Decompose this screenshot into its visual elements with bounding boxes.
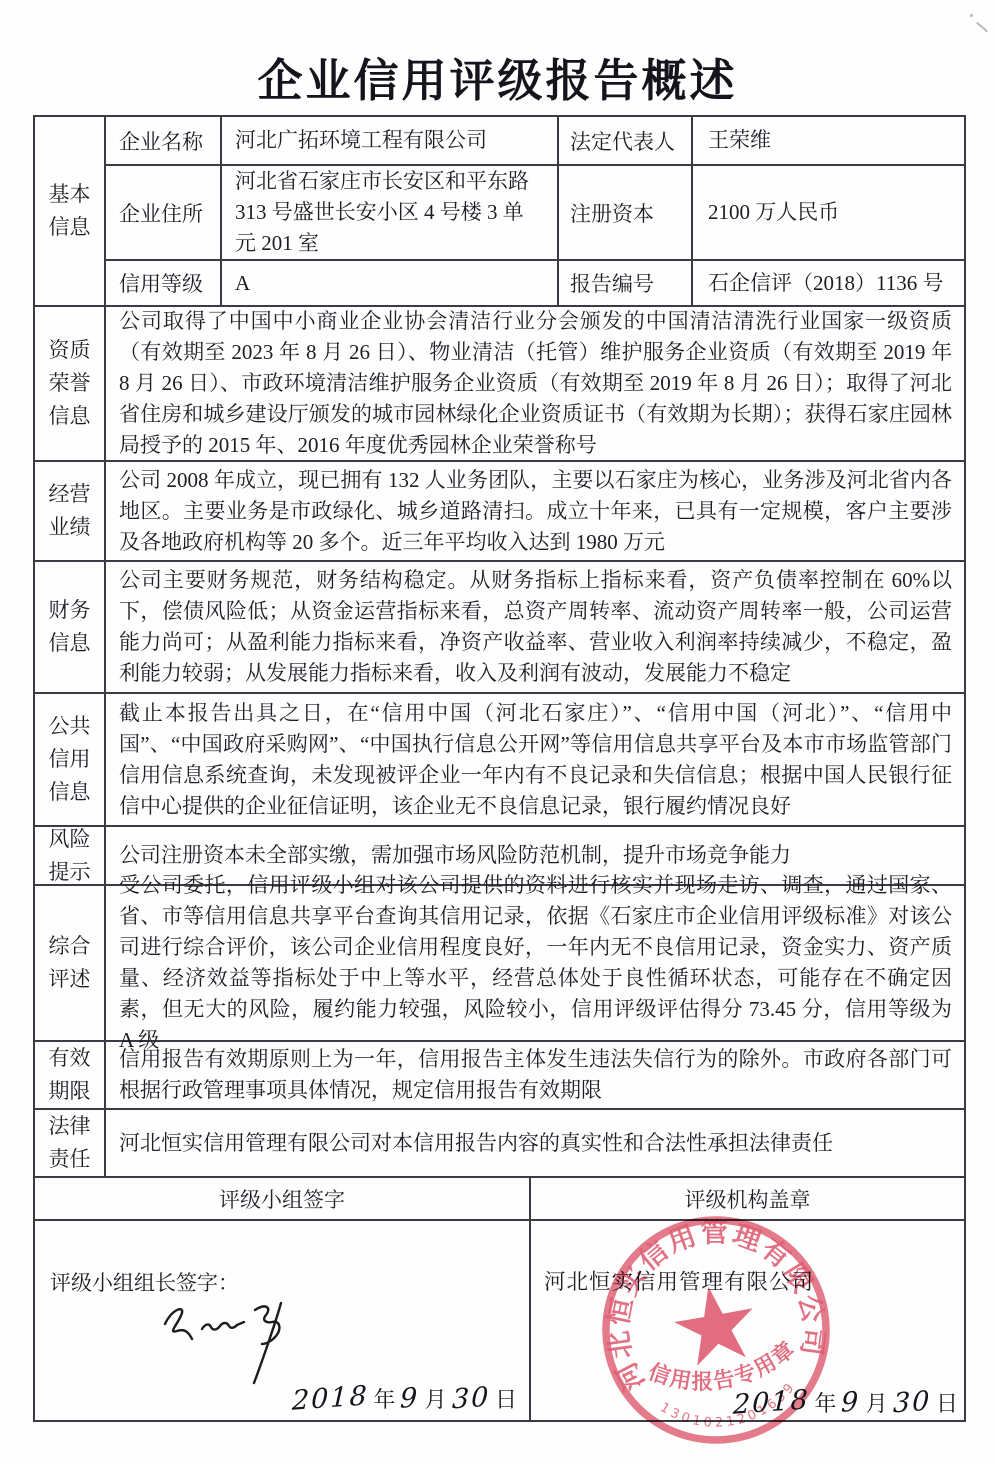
agency-seal-cell: 河北恒实信用管理有限公司 河北恒实信用管理有限公司 信用报 [531,1221,964,1420]
section-label: 资质荣誉信息 [35,307,106,460]
field-label-company-name: 企业名称 [106,117,222,164]
section-public-credit-info: 公共信用信息 截止本报告出具之日，在“信用中国（河北石家庄）”、“信用中国（河北… [35,692,964,825]
date-day: 30 [892,1386,931,1420]
section-basic-info: 基本信息 企业名称 河北广拓环境工程有限公司 法定代表人 王荣维 企业住所 河北… [35,117,964,305]
field-label-credit-grade: 信用等级 [106,261,222,305]
section-financial-info: 财务信息 公司主要财务规范，财务结构稳定。从财务指标上指标来看，资产负债率控制在… [35,560,964,692]
section-text: 截止本报告出具之日，在“信用中国（河北石家庄）”、“信用中国（河北）”、“信用中… [106,694,964,825]
date-day: 30 [451,1382,490,1416]
section-text: 受公司委托，信用评级小组对该公司提供的资料进行核实并现场走访、调查，通过国家、省… [106,886,964,1040]
section-legal-responsibility: 法律责任 河北恒实信用管理有限公司对本信用报告内容的真实性和合法性承担法律责任 [35,1108,964,1176]
seal-date: 2018年9月30日 [730,1387,960,1418]
month-label: 月 [425,1383,447,1414]
signature-date: 2018年9月30日 [289,1383,519,1414]
scanned-credit-report-page: 企业信用评级报告概述 基本信息 企业名称 河北广拓环境工程有限公司 法定代表人 … [0,0,995,1464]
year-label: 年 [373,1383,395,1414]
field-label-legal-rep: 法定代表人 [559,117,693,164]
section-label-basic: 基本信息 [35,117,106,305]
date-month: 9 [400,1382,420,1414]
section-text: 信用报告有效期原则上为一年，信用报告主体发生违法失信行为的除外。市政府各部门可根… [106,1042,964,1108]
field-value-legal-rep: 王荣维 [693,117,964,164]
report-table: 基本信息 企业名称 河北广拓环境工程有限公司 法定代表人 王荣维 企业住所 河北… [33,115,966,1422]
date-year: 2018 [291,1380,369,1417]
section-validity-period: 有效期限 信用报告有效期原则上为一年，信用报告主体发生违法失信行为的除外。市政府… [35,1040,964,1108]
section-text: 公司 2008 年成立，现已拥有 132 人业务团队，主要以石家庄为核心，业务涉… [106,462,964,560]
section-label: 风险提示 [35,827,106,884]
section-text: 公司主要财务规范，财务结构稳定。从财务指标上指标来看，资产负债率控制在 60%以… [106,562,964,692]
table-row: 信用等级 A 报告编号 石企信评（2018）1136 号 [106,259,964,305]
day-label: 日 [495,1383,517,1414]
star-icon [669,1280,761,1369]
section-text: 河北恒实信用管理有限公司对本信用报告内容的真实性和合法性承担法律责任 [106,1110,964,1176]
day-label: 日 [936,1387,958,1418]
section-label: 综合评述 [35,886,106,1040]
field-value-address: 河北省石家庄市长安区和平东路 313 号盛世长安小区 4 号楼 3 单元 201… [222,166,559,259]
field-label-report-number: 报告编号 [559,261,693,305]
section-business-performance: 经营业绩 公司 2008 年成立，现已拥有 132 人业务团队，主要以石家庄为核… [35,460,964,560]
field-value-registered-capital: 2100 万人民币 [693,166,964,259]
basic-info-grid: 企业名称 河北广拓环境工程有限公司 法定代表人 王荣维 企业住所 河北省石家庄市… [106,117,964,305]
section-label: 有效期限 [35,1042,106,1108]
field-value-credit-grade: A [222,261,559,305]
section-label: 法律责任 [35,1110,106,1176]
scan-artifact [976,22,988,33]
section-text: 公司取得了中国中小商业企业协会清洁行业分会颁发的中国清洁清洗行业国家一级资质（有… [106,307,964,460]
handwritten-signature [157,1297,317,1397]
field-label-address: 企业住所 [106,166,222,259]
year-label: 年 [814,1387,836,1418]
page-title: 企业信用评级报告概述 [0,44,995,109]
section-qualifications: 资质荣誉信息 公司取得了中国中小商业企业协会清洁行业分会颁发的中国清洁清洗行业国… [35,305,964,460]
date-month: 9 [841,1386,861,1418]
field-value-company-name: 河北广拓环境工程有限公司 [222,117,559,164]
table-row: 企业名称 河北广拓环境工程有限公司 法定代表人 王荣维 [106,117,964,164]
scan-artifact [970,14,973,17]
signature-team-header: 评级小组签字 [35,1178,531,1219]
section-comprehensive-review: 综合评述 受公司委托，信用评级小组对该公司提供的资料进行核实并现场走访、调查，通… [35,884,964,1040]
date-year: 2018 [732,1384,810,1421]
section-label: 财务信息 [35,562,106,692]
field-value-report-number: 石企信评（2018）1136 号 [693,261,964,305]
table-row: 企业住所 河北省石家庄市长安区和平东路 313 号盛世长安小区 4 号楼 3 单… [106,164,964,259]
signature-team-cell: 评级小组组长签字： 2018年9月30日 [35,1221,531,1420]
team-leader-signature-label: 评级小组组长签字： [50,1267,239,1297]
signature-body-row: 评级小组组长签字： 2018年9月30日 河北恒实信用管理有限公司 [35,1219,964,1420]
section-label: 经营业绩 [35,462,106,560]
field-label-registered-capital: 注册资本 [559,166,693,259]
month-label: 月 [866,1387,888,1418]
section-label: 公共信用信息 [35,694,106,825]
